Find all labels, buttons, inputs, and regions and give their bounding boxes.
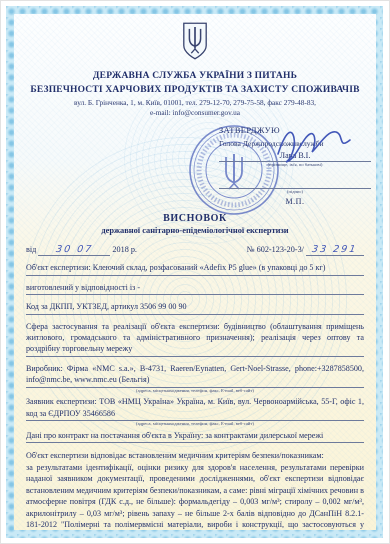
- fields: Об'єкт експертизи: Клеючий склад, розфас…: [26, 262, 364, 530]
- field-contract: Дані про контракт на постачання об'єкта …: [26, 430, 364, 443]
- certificate-body: ДЕРЖАВНА СЛУЖБА УКРАЇНИ З ПИТАНЬ БЕЗПЕЧН…: [14, 14, 376, 530]
- number-handwritten: 33 291: [312, 244, 359, 255]
- document-subtitle: державної санітарно-епідеміологічної екс…: [26, 226, 364, 235]
- signature-caption: (підпис): [219, 189, 371, 195]
- seal-placeholder: М.П.: [219, 197, 371, 206]
- agency-email: e-mail: info@consumer.gov.ua: [26, 108, 364, 117]
- date-group: від 30 07 2018 р.: [26, 244, 137, 256]
- field-manufacturer: Виробник: Фірма «NMC s.a.», B-4731, Raer…: [26, 363, 364, 388]
- date-handwritten: 30 07: [55, 244, 94, 255]
- agency-address: вул. Б. Грінченка, 1, м. Київ, 01001, те…: [26, 98, 364, 107]
- emblem-wrap: [26, 21, 364, 66]
- field-object-line2: виготовлений у відповідності із -: [26, 282, 364, 295]
- certificate-page: ДЕРЖАВНА СЛУЖБА УКРАЇНИ З ПИТАНЬ БЕЗПЕЧН…: [0, 0, 390, 544]
- field-object-line1: Об'єкт експертизи: Клеючий склад, розфас…: [26, 262, 364, 275]
- field-code: Код за ДКПП, УКТЗЕД, артикул 3506 99 00 …: [26, 301, 364, 314]
- date-slot: 30 07: [38, 244, 110, 256]
- ukraine-trident-icon: [181, 21, 209, 61]
- field-scope: Сфера застосування та реалізації об'єкта…: [26, 321, 364, 357]
- date-prefix: від: [26, 245, 36, 254]
- manufacturer-caption: (адреса, місцезнаходження, телефон, факс…: [26, 388, 364, 394]
- agency-name-line1: ДЕРЖАВНА СЛУЖБА УКРАЇНИ З ПИТАНЬ: [26, 70, 364, 83]
- approver-name: Лапа В.І.: [219, 151, 371, 162]
- approver-position: Голова Держпродспоживслужби: [219, 139, 371, 148]
- approve-label: ЗАТВЕРДЖУЮ: [219, 126, 371, 135]
- meta-row: від 30 07 2018 р. № 602-123-20-3/ 33 291: [26, 244, 364, 256]
- document-title: ВИСНОВОК: [26, 213, 364, 224]
- conclusion-body: за результатами ідентифікації, оцінки ри…: [26, 462, 364, 530]
- number-slot: 33 291: [306, 244, 364, 256]
- date-suffix: 2018 р.: [112, 245, 137, 254]
- approval-block: ЗАТВЕРДЖУЮ Голова Держпродспоживслужби Л…: [219, 126, 371, 206]
- number-prefix: № 602-123-20-3/: [247, 245, 304, 254]
- agency-name-line2: БЕЗПЕЧНОСТІ ХАРЧОВИХ ПРОДУКТІВ ТА ЗАХИСТ…: [26, 84, 364, 97]
- number-group: № 602-123-20-3/ 33 291: [247, 244, 364, 256]
- field-applicant: Заявник експертизи: ТОВ «НМЦ Україна» Ук…: [26, 396, 364, 421]
- signature-line: [219, 168, 371, 189]
- header: ДЕРЖАВНА СЛУЖБА УКРАЇНИ З ПИТАНЬ БЕЗПЕЧН…: [26, 21, 364, 117]
- applicant-caption: (адреса, місцезнаходження, телефон, факс…: [26, 421, 364, 427]
- conclusion-intro: Об'єкт експертизи відповідає встановлени…: [26, 450, 364, 461]
